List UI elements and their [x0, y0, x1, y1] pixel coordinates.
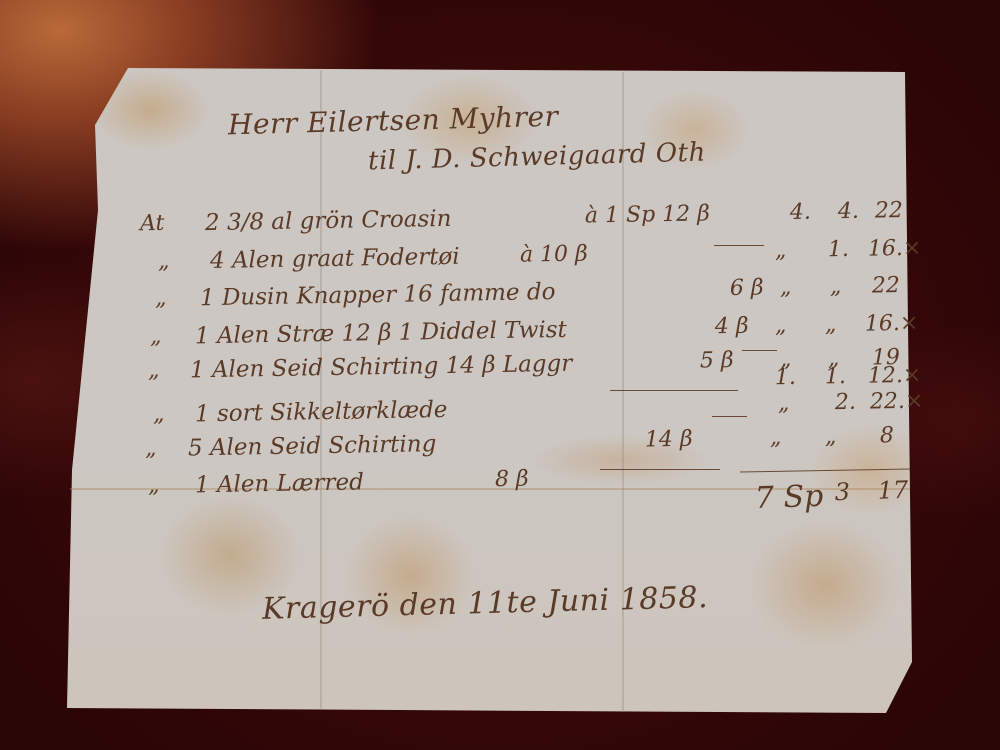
item-col2: 1.: [828, 237, 849, 262]
underline: [610, 390, 738, 391]
item-description: 1 sort Sikkeltørklæde: [195, 397, 448, 427]
item-col2: 1.: [825, 364, 846, 389]
item-description: 2 3/8 al grön Croasin: [205, 206, 452, 236]
item-unit-price: 4 β: [715, 314, 749, 340]
item-col3: 8: [880, 423, 894, 448]
underline: [742, 350, 777, 351]
item-unit-price: 6 β: [730, 275, 764, 301]
item-col1: „: [770, 425, 782, 450]
item-col2: 4.: [838, 199, 859, 224]
item-description: 4 Alen graat Fodertøi: [210, 244, 460, 274]
item-unit-price: à 10 β: [520, 241, 588, 267]
item-col3: 22.×: [870, 389, 924, 415]
item-col1: 4.: [790, 200, 811, 225]
item-description: 1 Dusin Knapper 16 famme do: [200, 279, 556, 311]
item-unit-price: 14 β: [645, 427, 693, 453]
item-col1: „: [775, 238, 787, 263]
underline: [714, 245, 764, 246]
item-col2: „: [830, 274, 842, 299]
item-col3: 22: [875, 198, 903, 223]
item-description: 5 Alen Seid Schirting: [188, 431, 437, 461]
item-prefix: „: [153, 402, 165, 427]
item-col1: „: [778, 391, 790, 416]
total-label: 7 Sp: [754, 479, 824, 516]
item-prefix: „: [150, 324, 162, 349]
item-prefix: „: [148, 473, 160, 498]
underline: [600, 469, 720, 470]
item-col2: „: [825, 424, 837, 449]
item-col2: „: [825, 312, 837, 337]
item-description: 1 Alen Lærred: [195, 469, 364, 498]
item-col3: 16.×: [868, 236, 922, 262]
item-col3: 12.×: [868, 363, 922, 389]
item-prefix: „: [158, 249, 170, 274]
item-col1: „: [780, 275, 792, 300]
item-col2: 2.: [835, 390, 856, 415]
item-prefix: „: [155, 286, 167, 311]
item-prefix: „: [145, 436, 157, 461]
item-col3: 16.×: [865, 311, 919, 337]
item-col1: „: [775, 313, 787, 338]
item-unit-price: à 1 Sp 12 β: [585, 201, 710, 228]
item-description: 1 Alen Stræ 12 β 1 Diddel Twist: [195, 317, 567, 349]
item-col3: 22: [872, 273, 900, 298]
total-col3: 17: [877, 476, 909, 505]
item-prefix: At: [140, 211, 165, 236]
item-col1: 1.: [775, 365, 796, 390]
total-col2: 3: [834, 478, 850, 507]
underline: [712, 416, 747, 417]
